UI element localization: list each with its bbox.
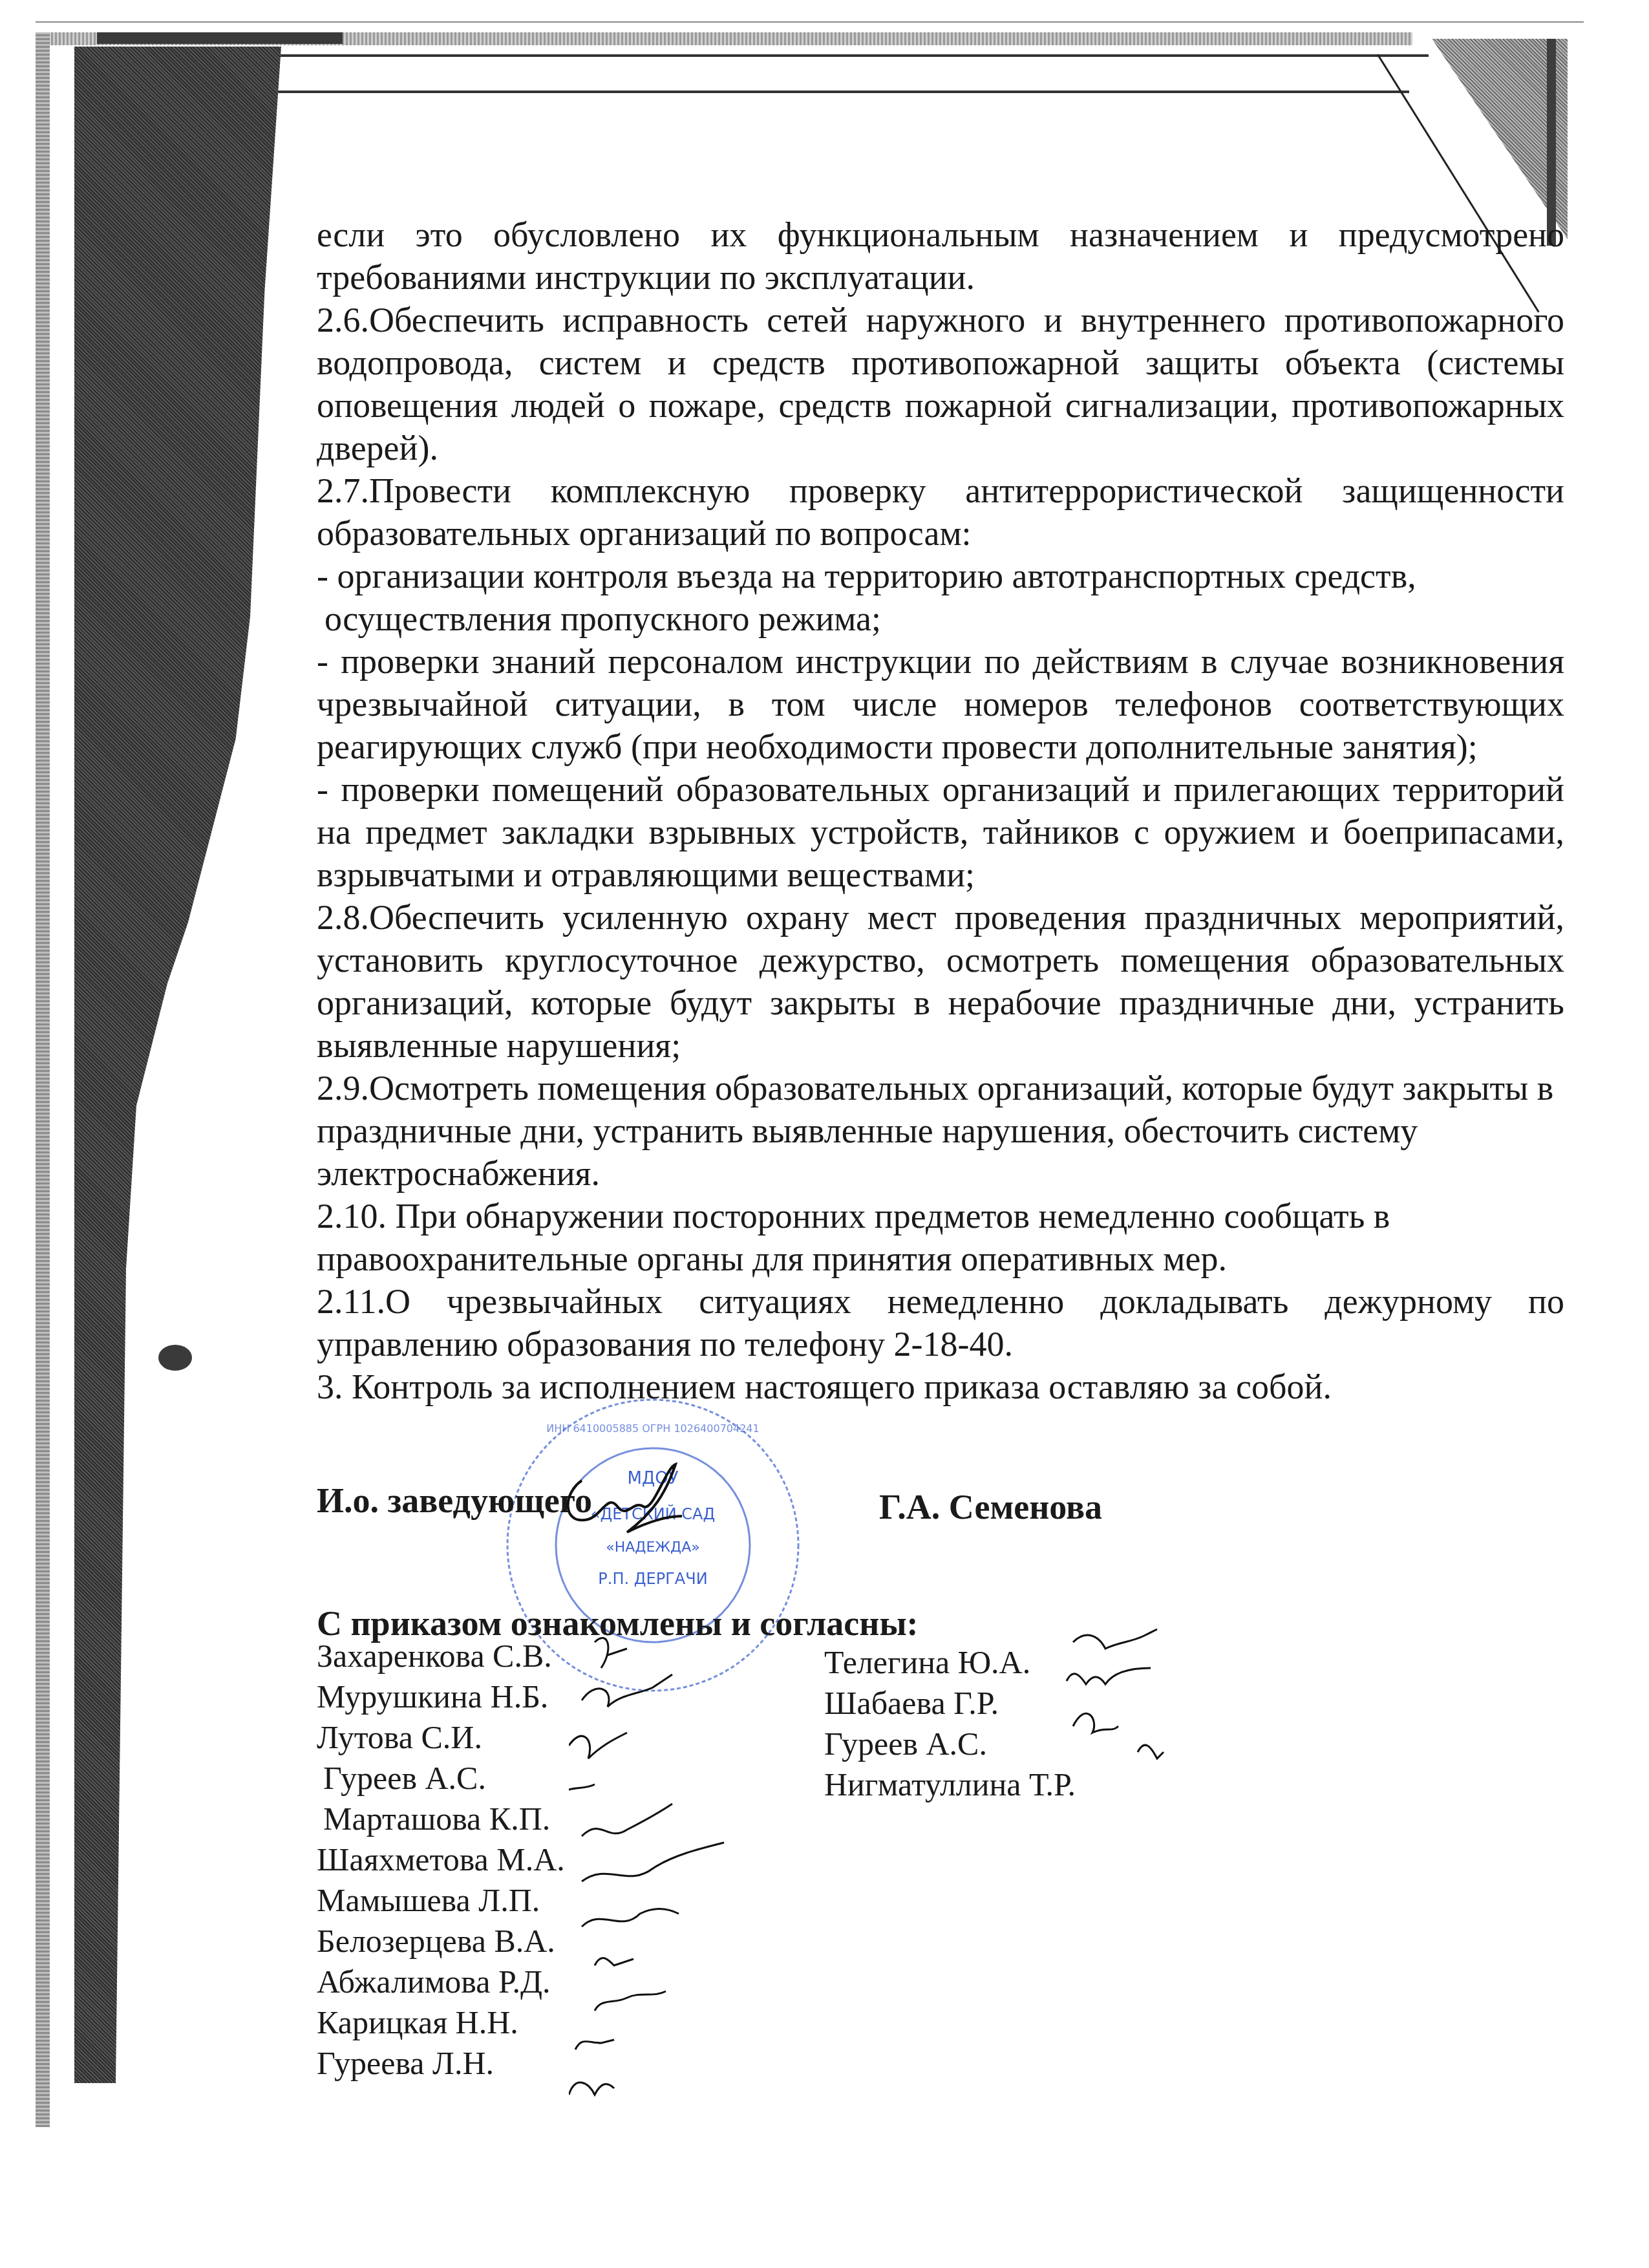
list-item: Гуреева Л.Н. bbox=[317, 2043, 565, 2084]
list-item: Белозерцева В.А. bbox=[317, 1921, 565, 1962]
list-item: Захаренкова С.В. bbox=[317, 1636, 565, 1676]
acknowledgement-list-right: Телегина Ю.А. Шабаева Г.Р. Гуреев А.С. Н… bbox=[824, 1642, 1076, 1805]
list-item: Шабаева Г.Р. bbox=[824, 1683, 1076, 1724]
scan-edge-shadow-dark bbox=[97, 32, 343, 44]
handwritten-signature bbox=[556, 1455, 685, 1545]
paragraph-2-10: 2.10. При обнаружении посторонних предме… bbox=[317, 1195, 1564, 1280]
list-item: Нигматуллина Т.Р. bbox=[824, 1764, 1076, 1805]
handwritten-signatures-right bbox=[1060, 1623, 1202, 1791]
list-item: Абжалимова Р.Д. bbox=[317, 1962, 565, 2002]
paragraph-2-6: 2.6.Обеспечить исправность сетей наружно… bbox=[317, 299, 1564, 469]
punch-hole bbox=[158, 1345, 192, 1371]
signatory-role: И.о. заведующего bbox=[317, 1481, 592, 1521]
list-item-entry-control-cont: осуществления пропускного режима; bbox=[317, 597, 1564, 640]
scan-dark-shadow bbox=[74, 47, 281, 2083]
scan-fold-line bbox=[97, 54, 1429, 57]
acknowledgement-list-left: Захаренкова С.В. Мурушкина Н.Б. Лутова С… bbox=[317, 1636, 565, 2084]
list-item-entry-control: - организации контроля въезда на террито… bbox=[317, 555, 1564, 597]
signatory-name: Г.А. Семенова bbox=[879, 1487, 1102, 1527]
list-item: Марташова К.П. bbox=[317, 1799, 565, 1839]
scan-fold-line bbox=[97, 91, 1409, 93]
list-item: Карицкая Н.Н. bbox=[317, 2002, 565, 2043]
stamp-line: Р.П. ДЕРГАЧИ bbox=[598, 1570, 707, 1588]
list-item: Мамышева Л.П. bbox=[317, 1880, 565, 1921]
scan-edge-line bbox=[36, 21, 1584, 23]
list-item: Шаяхметова М.А. bbox=[317, 1839, 565, 1880]
list-item: Мурушкина Н.Б. bbox=[317, 1676, 565, 1717]
list-item: Лутова С.И. bbox=[317, 1717, 565, 1758]
list-item: Гуреев А.С. bbox=[317, 1758, 565, 1799]
list-item: Телегина Ю.А. bbox=[824, 1642, 1076, 1683]
list-item: Гуреев А.С. bbox=[824, 1724, 1076, 1764]
scan-left-margin bbox=[36, 32, 50, 2127]
paragraph-2-9: 2.9.Осмотреть помещения образовательных … bbox=[317, 1067, 1564, 1195]
stamp-ring-text: ИНН 6410005885 ОГРН 1026400704241 bbox=[546, 1422, 759, 1435]
list-item-premises-check: - проверки помещений образовательных орг… bbox=[317, 768, 1564, 896]
paragraph-2-8: 2.8.Обеспечить усиленную охрану мест про… bbox=[317, 896, 1564, 1067]
paragraph-2-7: 2.7.Провести комплексную проверку антите… bbox=[317, 469, 1564, 555]
paragraph-continuation: если это обусловлено их функциональным н… bbox=[317, 213, 1564, 299]
paragraph-2-11: 2.11.О чрезвычайных ситуациях немедленно… bbox=[317, 1280, 1564, 1365]
document-body: если это обусловлено их функциональным н… bbox=[317, 213, 1564, 1408]
list-item-staff-knowledge: - проверки знаний персоналом инструкции … bbox=[317, 640, 1564, 768]
handwritten-signatures-left bbox=[569, 1629, 776, 2108]
